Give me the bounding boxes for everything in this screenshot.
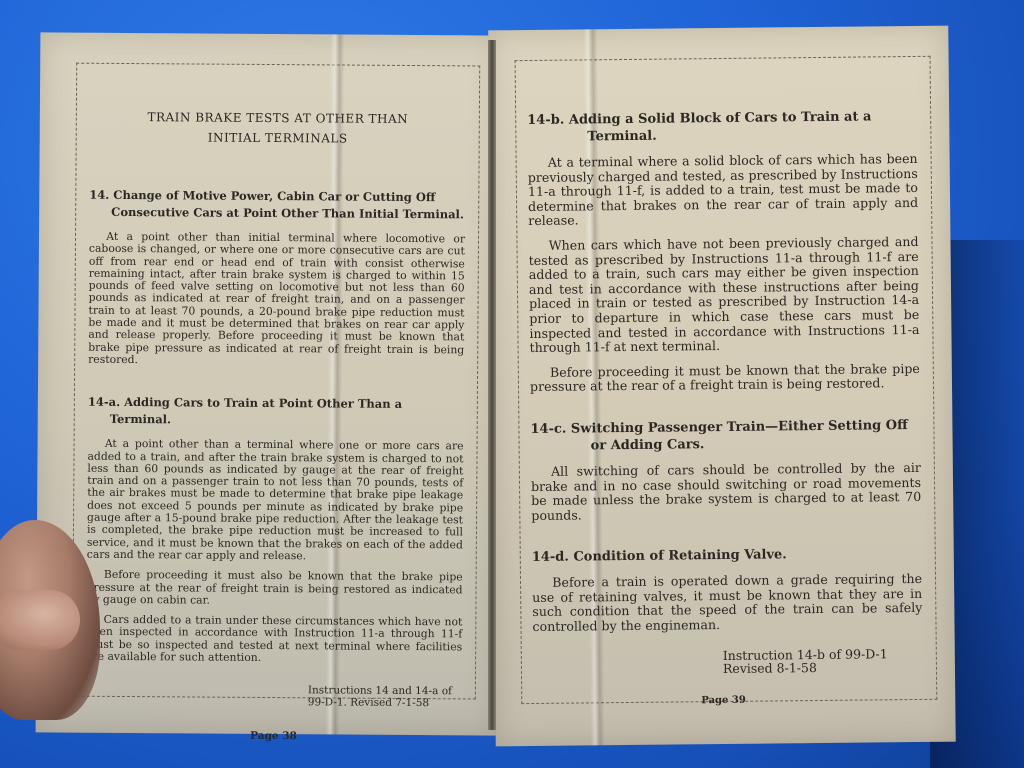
book-spine (488, 40, 496, 730)
section-14d-heading: 14-d. Condition of Retaining Valve. (532, 545, 922, 566)
section-14-paragraph: At a point other than initial terminal w… (88, 231, 465, 369)
footnote-line: Revised 8-1-58 (723, 660, 923, 675)
section-14a-paragraph: Cars added to a train under these circum… (86, 614, 462, 666)
section-14c-paragraph: All switching of cars should be controll… (531, 461, 922, 523)
footnote-line: 99-D-1. Revised 7-1-58 (308, 697, 462, 710)
section-14b-heading: 14-b. Adding a Solid Block of Cars to Tr… (527, 108, 917, 146)
right-page-content: 14-b. Adding a Solid Block of Cars to Tr… (527, 108, 923, 708)
section-14b-paragraph: When cars which have not been previously… (528, 235, 919, 356)
thumb (0, 590, 80, 650)
section-14a-paragraph: At a point other than a terminal where o… (87, 438, 464, 564)
right-page: 14-b. Adding a Solid Block of Cars to Tr… (488, 26, 955, 747)
section-14a-paragraph: Before proceeding it must also be known … (86, 569, 462, 609)
section-14b-paragraph: At a terminal where a solid block of car… (528, 152, 919, 229)
section-14a-heading: 14-a. Adding Cars to Train at Point Othe… (88, 394, 464, 431)
section-14b-paragraph: Before proceeding it must be known that … (530, 362, 920, 395)
section-14d-paragraph: Before a train is operated down a grade … (532, 572, 923, 634)
footnote-line: Instructions 14 and 14-a of (308, 685, 462, 698)
chapter-title-line1: TRAIN BRAKE TESTS AT OTHER THAN (90, 107, 466, 130)
left-page-content: TRAIN BRAKE TESTS AT OTHER THAN INITIAL … (86, 107, 466, 744)
section-14c-heading: 14-c. Switching Passenger Train—Either S… (530, 417, 920, 455)
revision-footnote: Instruction 14-b of 99-D-1 Revised 8-1-5… (723, 647, 923, 675)
chapter-title-line2: INITIAL TERMINALS (90, 127, 466, 150)
page-number: Page 38 (86, 729, 462, 744)
chapter-title: TRAIN BRAKE TESTS AT OTHER THAN INITIAL … (90, 107, 466, 150)
page-number: Page 39 (701, 693, 923, 706)
revision-footnote: Instructions 14 and 14-a of 99-D-1. Revi… (308, 685, 462, 710)
left-page: TRAIN BRAKE TESTS AT OTHER THAN INITIAL … (36, 32, 501, 735)
section-14-heading: 14. Change of Motive Power, Cabin Car or… (89, 187, 465, 224)
